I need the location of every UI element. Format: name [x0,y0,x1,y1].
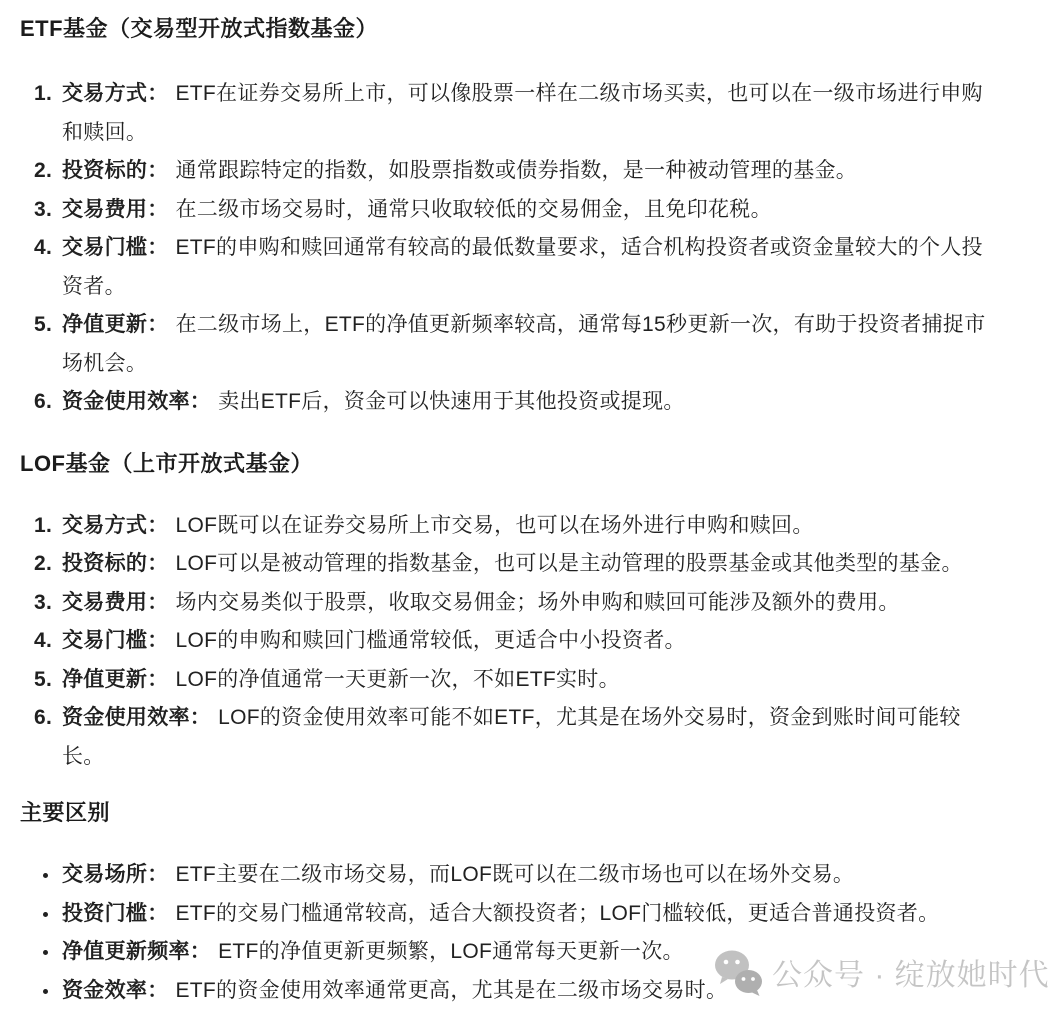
differences-item-list: 交易场所：ETF主要在二级市场交易，而LOF既可以在二级市场也可以在场外交易。 … [20,856,1044,1010]
item-text: 在二级市场上，ETF的净值更新频率较高，通常每15秒更新一次，有助于投资者捕捉市… [62,313,986,375]
item-label: 投资标的： [62,159,169,182]
list-item: 6.资金使用效率：卖出ETF后，资金可以快速用于其他投资或提现。 [20,383,1044,422]
item-text: ETF的交易门槛通常较高，适合大额投资者；LOF门槛较低，更适合普通投资者。 [176,902,940,925]
item-label: 交易费用： [62,198,169,221]
item-text: 卖出ETF后，资金可以快速用于其他投资或提现。 [218,390,685,413]
item-text: ETF的净值更新更频繁，LOF通常每天更新一次。 [218,940,684,963]
item-number: 6. [34,699,52,738]
item-text: 通常跟踪特定的指数，如股票指数或债券指数，是一种被动管理的基金。 [176,159,858,182]
item-label: 投资标的： [62,552,169,575]
item-text: LOF既可以在证券交易所上市交易，也可以在场外进行申购和赎回。 [176,514,814,537]
item-number: 5. [34,661,52,700]
item-text: ETF的申购和赎回通常有较高的最低数量要求，适合机构投资者或资金量较大的个人投 … [62,236,983,298]
item-label: 资金使用效率： [62,706,211,729]
list-item: 4.交易门槛：LOF的申购和赎回门槛通常较低，更适合中小投资者。 [20,622,1044,661]
item-number: 2. [34,152,52,191]
list-item: 2.投资标的：LOF可以是被动管理的指数基金，也可以是主动管理的股票基金或其他类… [20,545,1044,584]
lof-section: LOF基金（上市开放式基金） 1.交易方式：LOF既可以在证券交易所上市交易，也… [20,449,1044,777]
item-number: 1. [34,75,52,114]
etf-section-heading: ETF基金（交易型开放式指数基金） [20,14,1044,44]
item-number: 4. [34,229,52,268]
item-label: 资金效率： [62,979,169,1002]
list-item: 3.交易费用：在二级市场交易时，通常只收取较低的交易佣金，且免印花税。 [20,191,1044,230]
item-text: LOF的净值通常一天更新一次，不如ETF实时。 [176,668,620,691]
item-number: 6. [34,383,52,422]
list-item: 5.净值更新：LOF的净值通常一天更新一次，不如ETF实时。 [20,661,1044,700]
item-label: 交易门槛： [62,236,169,259]
item-label: 交易方式： [62,514,169,537]
item-number: 3. [34,191,52,230]
list-item: 投资门槛：ETF的交易门槛通常较高，适合大额投资者；LOF门槛较低，更适合普通投… [20,895,1044,934]
list-item: 2.投资标的：通常跟踪特定的指数，如股票指数或债券指数，是一种被动管理的基金。 [20,152,1044,191]
item-text: LOF的申购和赎回门槛通常较低，更适合中小投资者。 [176,629,686,652]
item-number: 3. [34,584,52,623]
item-number: 5. [34,306,52,345]
item-text: ETF的资金使用效率通常更高，尤其是在二级市场交易时。 [176,979,728,1002]
item-label: 净值更新： [62,668,169,691]
list-item: 1.交易方式：ETF在证券交易所上市，可以像股票一样在二级市场买卖，也可以在一级… [20,75,1044,152]
list-item: 5.净值更新：在二级市场上，ETF的净值更新频率较高，通常每15秒更新一次，有助… [20,306,1044,383]
item-label: 交易费用： [62,591,169,614]
item-label: 投资门槛： [62,902,169,925]
item-number: 2. [34,545,52,584]
etf-item-list: 1.交易方式：ETF在证券交易所上市，可以像股票一样在二级市场买卖，也可以在一级… [20,75,1044,422]
list-item: 资金效率：ETF的资金使用效率通常更高，尤其是在二级市场交易时。 [20,972,1044,1011]
list-item: 6.资金使用效率：LOF的资金使用效率可能不如ETF，尤其是在场外交易时，资金到… [20,699,1044,776]
item-label: 资金使用效率： [62,390,211,413]
item-text: LOF可以是被动管理的指数基金，也可以是主动管理的股票基金或其他类型的基金。 [176,552,963,575]
list-item: 3.交易费用：场内交易类似于股票，收取交易佣金；场外申购和赎回可能涉及额外的费用… [20,584,1044,623]
item-number: 4. [34,622,52,661]
lof-item-list: 1.交易方式：LOF既可以在证券交易所上市交易，也可以在场外进行申购和赎回。 2… [20,507,1044,777]
item-number: 1. [34,507,52,546]
item-text: 场内交易类似于股票，收取交易佣金；场外申购和赎回可能涉及额外的费用。 [176,591,900,614]
list-item: 交易场所：ETF主要在二级市场交易，而LOF既可以在二级市场也可以在场外交易。 [20,856,1044,895]
item-label: 交易门槛： [62,629,169,652]
item-label: 交易方式： [62,82,169,105]
list-item: 4.交易门槛：ETF的申购和赎回通常有较高的最低数量要求，适合机构投资者或资金量… [20,229,1044,306]
item-text: ETF在证券交易所上市，可以像股票一样在二级市场买卖，也可以在一级市场进行申购 … [62,82,983,144]
list-item: 1.交易方式：LOF既可以在证券交易所上市交易，也可以在场外进行申购和赎回。 [20,507,1044,546]
differences-section: 主要区别 交易场所：ETF主要在二级市场交易，而LOF既可以在二级市场也可以在场… [20,798,1044,1010]
document-page: ETF基金（交易型开放式指数基金） 1.交易方式：ETF在证券交易所上市，可以像… [0,0,1064,1010]
item-text: ETF主要在二级市场交易，而LOF既可以在二级市场也可以在场外交易。 [176,863,855,886]
lof-section-heading: LOF基金（上市开放式基金） [20,449,1044,479]
list-item: 净值更新频率：ETF的净值更新更频繁，LOF通常每天更新一次。 [20,933,1044,972]
item-label: 净值更新： [62,313,169,336]
etf-section: ETF基金（交易型开放式指数基金） 1.交易方式：ETF在证券交易所上市，可以像… [20,14,1044,422]
item-label: 净值更新频率： [62,940,211,963]
item-label: 交易场所： [62,863,169,886]
differences-section-heading: 主要区别 [20,798,1044,828]
item-text: 在二级市场交易时，通常只收取较低的交易佣金，且免印花税。 [176,198,772,221]
